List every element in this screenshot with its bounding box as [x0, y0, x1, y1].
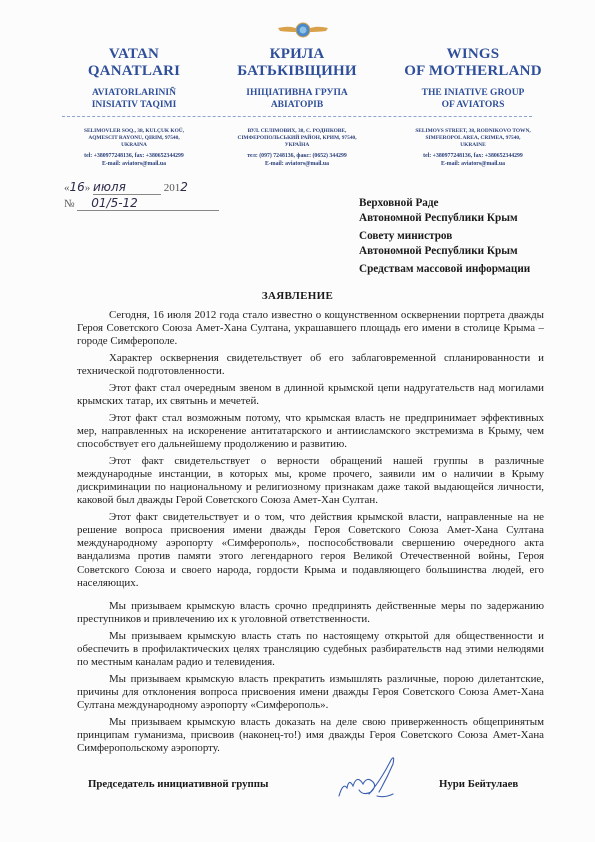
org-name-line2: БАТЬКІВЩИНИ — [207, 63, 387, 80]
addressee-line: Средствам массовой информации — [359, 262, 530, 277]
date-and-number: «16» июля 2012 № 01/5-12 — [64, 180, 219, 212]
org-subtitle-line2: OF AVIATORS — [383, 99, 563, 111]
number-line: № 01/5-12 — [64, 196, 219, 212]
addressee-line: Автономной Республики Крым — [359, 244, 530, 259]
org-subtitle-line1: AVIATORLARINIÑ — [44, 87, 224, 99]
addressee-line: Совету министров — [359, 229, 530, 244]
addressee-line: Верховной Раде — [359, 196, 530, 211]
org-address-line1: SELIMOVLER SOQ., 38, KULÇUK KOÜ, — [44, 128, 224, 135]
addressees-block: Верховной Раде Автономной Республики Кры… — [359, 196, 530, 277]
org-address-line2: SIMFEROPOL AREA, CRIMEA, 97540, — [383, 135, 563, 142]
org-address-line3: UKRAINE — [383, 142, 563, 149]
letterhead-ukrainian: КРИЛА БАТЬКІВЩИНИ ІНІЦІАТИВНА ГРУПА АВІА… — [207, 46, 387, 168]
document-title: ЗАЯВЛЕНИЕ — [0, 290, 595, 302]
org-subtitle-line2: АВІАТОРІВ — [207, 99, 387, 111]
paragraph: Характер осквернения свидетельствует об … — [77, 352, 544, 378]
org-address-line2: AQMESCIT RAYONU, QIRIM, 97540, — [44, 135, 224, 142]
paragraph: Мы призываем крымскую власть прекратить … — [77, 673, 544, 713]
date-line: «16» июля 2012 — [64, 180, 219, 196]
date-month: июля — [93, 180, 161, 195]
letterhead-english: WINGS OF MOTHERLAND THE INIATIVE GROUP O… — [383, 46, 563, 168]
org-email: E-mail: aviators@mail.ua — [207, 160, 387, 168]
document-page: VATAN QANATLARI AVIATORLARINIÑ INISIATIV… — [0, 0, 595, 842]
signer-title: Председатель инициативной группы — [88, 778, 268, 790]
org-address-line3: UKRAINA — [44, 142, 224, 149]
org-address-line1: ВУЛ. СЕЛІМОВИХ, 38, С. РОДНІКОВЕ, — [207, 128, 387, 135]
org-email: E-mail: aviators@mail.ua — [44, 160, 224, 168]
letterhead-divider — [62, 116, 532, 117]
date-year-prefix: 201 — [164, 182, 181, 194]
org-name-line1: WINGS — [383, 46, 563, 63]
paragraph: Мы призываем крымскую власть стать по на… — [77, 630, 544, 670]
paragraph: Мы призываем крымскую власть доказать на… — [77, 716, 544, 756]
org-address-line3: УКРАЇНА — [207, 142, 387, 149]
org-phone: tel: +380977248136, fax: +380652344299 — [383, 152, 563, 160]
org-subtitle-line1: THE INIATIVE GROUP — [383, 87, 563, 99]
org-subtitle-line1: ІНІЦІАТИВНА ГРУПА — [207, 87, 387, 99]
org-subtitle-line2: INISIATIV TAQIMI — [44, 99, 224, 111]
signer-name: Нури Бейтулаев — [439, 778, 518, 790]
org-phone: tel: +380977248136, fax: +380652344299 — [44, 152, 224, 160]
date-close-quote: » — [85, 182, 91, 194]
date-year-suffix: 2 — [180, 180, 188, 194]
addressee-line: Автономной Республики Крым — [359, 211, 530, 226]
handwritten-signature-icon — [333, 752, 413, 802]
org-phone: тел: (097) 7248136, факс: (0652) 344299 — [207, 152, 387, 160]
paragraph: Мы призываем крымскую власть срочно пред… — [77, 600, 544, 626]
winged-globe-emblem-icon — [276, 22, 330, 38]
org-name-line1: VATAN — [44, 46, 224, 63]
org-email: E-mail: aviators@mail.ua — [383, 160, 563, 168]
paragraph: Этот факт свидетельствует о верности обр… — [77, 455, 544, 508]
org-name-line2: QANATLARI — [44, 63, 224, 80]
date-day: 16 — [70, 180, 85, 194]
org-name-line1: КРИЛА — [207, 46, 387, 63]
letterhead-crimean-tatar: VATAN QANATLARI AVIATORLARINIÑ INISIATIV… — [44, 46, 224, 168]
org-address-line1: SELIMOVS STREET, 38, RODNIKOVO TOWN, — [383, 128, 563, 135]
org-address-line2: СІМФЕРОПОЛЬСЬКИЙ РАЙОН, КРИМ, 97540, — [207, 135, 387, 142]
paragraph: Сегодня, 16 июля 2012 года стало известн… — [77, 309, 544, 349]
paragraph: Этот факт свидетельствует и о том, что д… — [77, 511, 544, 590]
document-number: 01/5-12 — [77, 196, 219, 211]
number-label: № — [64, 198, 75, 210]
org-name-line2: OF MOTHERLAND — [383, 63, 563, 80]
paragraph: Этот факт стал возможным потому, что кры… — [77, 412, 544, 452]
paragraph: Этот факт стал очередным звеном в длинно… — [77, 382, 544, 408]
statement-body: Сегодня, 16 июля 2012 года стало известн… — [77, 309, 544, 759]
